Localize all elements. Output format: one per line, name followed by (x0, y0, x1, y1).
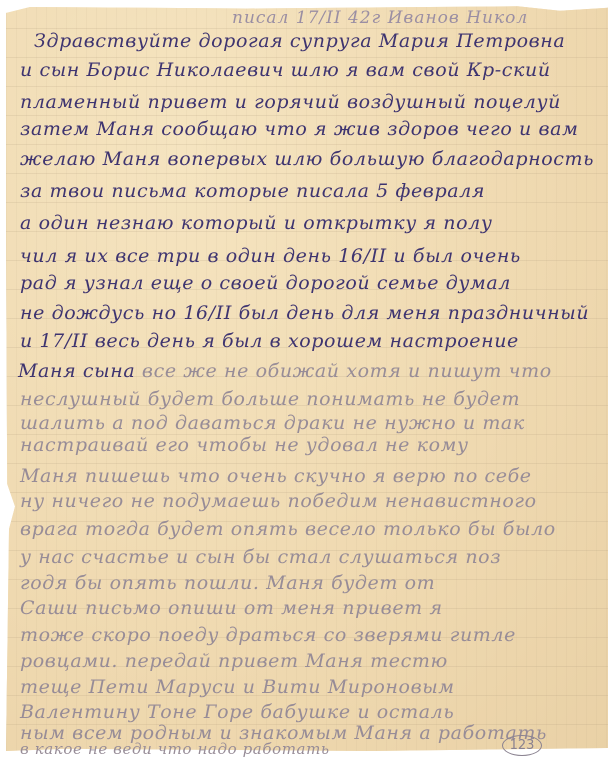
letter-line-5: желаю Маня вопервых шлю большую благодар… (20, 148, 594, 170)
pencil-line-1: неслушный будет больше понимать не будет (20, 388, 520, 410)
pencil-line-10: тоже скоро поеду драться со зверями гитл… (20, 624, 516, 646)
archival-header-note: писал 17/II 42г Иванов Никол (232, 8, 528, 28)
pencil-line-2: шалить а под даваться драки не нужно и т… (20, 412, 525, 434)
letter-line-8: чил я их все три в один день 16/II и был… (20, 245, 521, 267)
letter-line-9: рад я узнал еще о своей дорогой семье ду… (20, 272, 511, 294)
letter-line-11: и 17/II весь день я был в хорошем настро… (20, 330, 519, 352)
pencil-line-9: Саши письмо опиши от меня привет я (20, 597, 443, 619)
pencil-line-6: врага тогда будет опять весело только бы… (20, 518, 556, 540)
letter-line-4: затем Маня сообщаю что я жив здоров чего… (20, 118, 578, 140)
letter-line-1: Здравствуйте дорогая супруга Мария Петро… (34, 30, 565, 52)
letter-line-12-mixed: Маня сына все же не обижай хотя и пишут … (18, 360, 552, 382)
letter-line-6: за твои письма которые писала 5 февраля (20, 180, 485, 202)
pencil-line-4: Маня пишешь что очень скучно я верю по с… (20, 465, 532, 487)
pencil-line-5: ну ничего не подумаешь победим ненавистн… (20, 490, 537, 512)
letter-line-10: не дождусь но 16/II был день для меня пр… (20, 302, 589, 324)
pencil-segment: все же не обижай хотя и пишут что (135, 360, 551, 382)
pencil-line-3: настраивай его чтобы не удовал не кому (20, 434, 469, 456)
letter-line-3: пламенный привет и горячий воздушный поц… (20, 91, 561, 113)
pencil-line-12: теще Пети Маруси и Вити Мироновым (20, 676, 455, 698)
pencil-line-11: ровцами. передай привет Маня тестю (20, 650, 448, 672)
letter-line-2: и сын Борис Николаевич шлю я вам свой Кр… (20, 59, 551, 81)
ink-segment: Маня сына (18, 360, 135, 382)
pencil-line-7: у нас счастье и сын бы стал слушаться по… (20, 546, 501, 568)
pencil-line-8: годя бы опять пошли. Маня будет от (20, 572, 435, 594)
pencil-line-15: в какое не веди что надо работать (20, 740, 330, 758)
letter-line-7: а один незнаю который и открытку я полу (20, 212, 492, 234)
archive-page-number: 123 (502, 735, 542, 756)
pencil-line-13: Валентину Тоне Горе бабушке и осталь (20, 701, 454, 723)
